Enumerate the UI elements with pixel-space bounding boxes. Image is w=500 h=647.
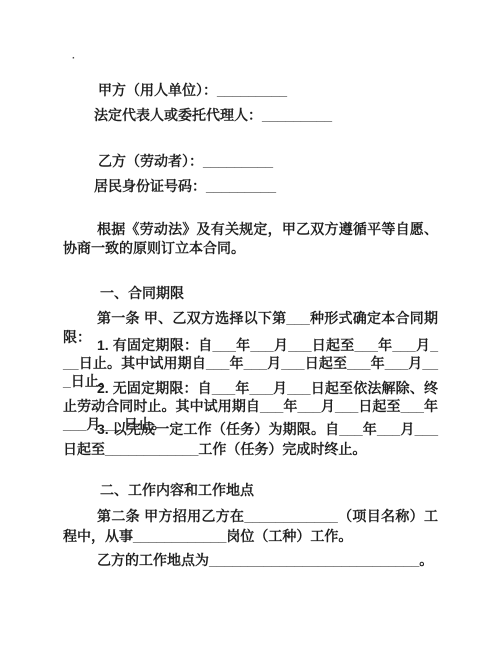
preamble-paragraph: 根据《劳动法》及有关规定，甲乙双方遵循平等自愿、协商一致的原则订立本合同。 [63,220,438,258]
section1-heading: 一、合同期限 [100,284,184,303]
contract-document: · 甲方（用人单位）：_________ 法定代表人或委托代理人：_______… [0,0,500,647]
party-a-line: 甲方（用人单位）：_________ [98,81,287,100]
stray-dot-mark: · [72,53,75,64]
section2-heading: 二、工作内容和工作地点 [100,481,254,500]
task-based-term-item: 3. 以完成一定工作（任务）为期限。自___年___月___日起至_______… [63,419,438,459]
party-b-line: 乙方（劳动者）：_________ [98,152,273,171]
clause2-text: 第二条 甲方招用乙方在____________（项目名称）工程中，从事_____… [63,506,438,546]
workplace-line: 乙方的工作地点为___________________________。 [63,551,438,570]
legal-representative-line: 法定代表人或委托代理人：_________ [94,106,332,125]
id-number-line: 居民身份证号码：_________ [94,177,276,196]
